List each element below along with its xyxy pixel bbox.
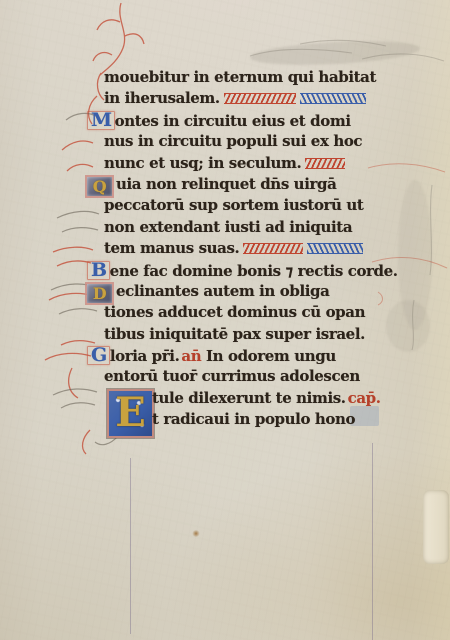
text-span: nus in circuitu populi sui ex hoc [104,132,362,150]
text-span: uia non relinquet dn̄s uirgā [116,175,336,193]
text-span: entorū tuor̄ currimus adolescen [104,367,360,385]
text-span: mouebitur in eternum qui habitat [104,68,376,86]
line-filler-blue [300,93,366,104]
text-span: ene fac domine bonis ⁊ rectis corde. [110,262,398,280]
pen-initial: B [89,259,110,281]
text-span: eclinantes autem in obliga [116,282,329,300]
text-line: tiones adducet dominus cū opan [104,302,386,323]
ruling-line-right [372,443,373,640]
line-filler-red [243,243,303,254]
text-span: t radicaui in populo hono [152,410,355,428]
text-line: nunc et usq; in seculum. [104,153,386,174]
rubric-span: cap̄. [346,389,381,407]
text-line: tem manus suas. [104,238,386,259]
pen-initial: M [89,109,115,131]
line-filler-red [305,158,345,169]
text-line: tibus iniquitatē pax super israel. [104,324,386,345]
text-span: tem manus suas. [104,239,239,257]
text-span: in iherusalem. [104,89,220,107]
manuscript-page-photo: E mouebitur in eternum qui habitatin ihe… [0,0,450,640]
text-line: peccatorū sup sortem iustorū ut [104,195,386,216]
rubric-span: an̄ [179,347,201,365]
text-span: In odorem ungu [201,347,336,365]
text-line: tule dilexerunt te nimis.cap̄. [104,388,386,409]
brown-stain [192,530,200,537]
text-span: tiones adducet dominus cū opan [104,303,365,321]
repair-patch [423,490,449,564]
text-line: Montes in circuitu eius et domi [104,110,386,131]
pen-initial: G [89,344,110,366]
text-block: mouebitur in eternum qui habitatin iheru… [104,67,386,431]
text-span: peccatorū sup sortem iustorū ut [104,196,363,214]
ruling-line-left [130,458,131,634]
text-line: in iherusalem. [104,88,386,109]
text-span: loria pr̄i. [110,347,180,365]
gold-block-initial: Q [87,177,112,196]
line-filler-blue [307,243,363,254]
text-line: Bene fac domine bonis ⁊ rectis corde. [104,260,386,281]
text-span: tibus iniquitatē pax super israel. [104,325,365,343]
text-span: nunc et usq; in seculum. [104,154,301,172]
text-line: t radicaui in populo hono [104,409,386,430]
text-span: non extendant iusti ad iniquita [104,218,352,236]
gray-smudge [386,300,430,352]
text-line: Declinantes autem in obliga [104,281,386,302]
text-line: Quia non relinquet dn̄s uirgā [104,174,386,195]
text-line: Gloria pr̄i.an̄ In odorem ungu [104,345,386,366]
text-span: ontes in circuitu eius et domi [115,112,351,130]
gold-block-initial: D [87,284,112,303]
text-line: mouebitur in eternum qui habitat [104,67,386,88]
line-filler-red [224,93,296,104]
text-line: entorū tuor̄ currimus adolescen [104,366,386,387]
text-line: nus in circuitu populi sui ex hoc [104,131,386,152]
text-line: non extendant iusti ad iniquita [104,217,386,238]
gray-smudge [250,38,421,69]
text-span: tule dilexerunt te nimis. [152,389,346,407]
